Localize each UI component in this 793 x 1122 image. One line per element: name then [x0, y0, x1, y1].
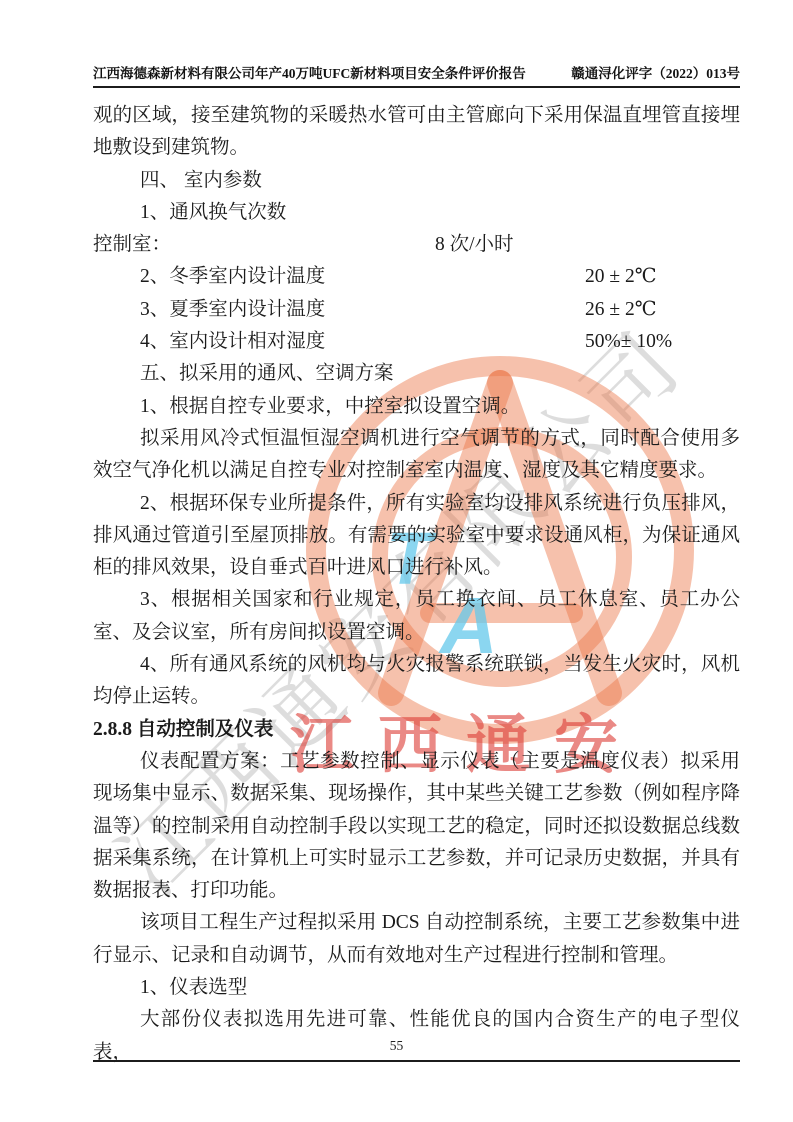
param-label: 3、夏季室内设计温度	[140, 299, 325, 320]
paragraph-5-4: 4、所有通风系统的风机均与火灾报警系统联锁，当发生火灾时，风机均停止运转。	[93, 649, 740, 714]
param-label: 控制室：	[93, 234, 171, 255]
param-label: 2、冬季室内设计温度	[140, 266, 325, 287]
param-value: 50%± 10%	[538, 326, 672, 358]
page-header: 江西海德森新材料有限公司年产40万吨UFC新材料项目安全条件评价报告 赣通浔化评…	[93, 62, 740, 88]
param-value: 26 ± 2℃	[538, 294, 657, 326]
document-page: 江西通安有限公司 T A 江西通安 江西海德森新材料有限公司年产40万吨UFC新…	[0, 0, 793, 1122]
param-label: 4、室内设计相对湿度	[140, 331, 325, 352]
param-row-winter-temp: 2、冬季室内设计温度 20 ± 2℃	[93, 261, 740, 293]
param-value: 8 次/小时	[435, 229, 514, 261]
page-number: 55	[0, 1038, 793, 1054]
param-row-summer-temp: 3、夏季室内设计温度 26 ± 2℃	[93, 294, 740, 326]
section-4-heading: 四、 室内参数	[93, 165, 740, 197]
section-288-heading: 2.8.8 自动控制及仪表	[93, 714, 740, 746]
section-5-heading: 五、拟采用的通风、空调方案	[93, 358, 740, 390]
paragraph-continued: 观的区域，接至建筑物的采暖热水管可由主管廊向下采用保温直埋管直接埋地敷设到建筑物…	[93, 100, 740, 165]
paragraph-288-2: 该项目工程生产过程拟采用 DCS 自动控制系统，主要工艺参数集中进行显示、记录和…	[93, 907, 740, 972]
param-row-control-room: 控制室： 8 次/小时	[93, 229, 740, 261]
item-instrument-selection: 1、仪表选型	[93, 972, 740, 1004]
paragraph-5-3: 3、根据相关国家和行业规定，员工换衣间、员工休息室、员工办公室、及会议室，所有房…	[93, 584, 740, 649]
param-row-humidity: 4、室内设计相对湿度 50%± 10%	[93, 326, 740, 358]
header-document-number: 赣通浔化评字（2022）013号	[571, 62, 740, 82]
paragraph-5-2: 2、根据环保专业所提条件，所有实验室均设排风系统进行负压排风，排风通过管道引至屋…	[93, 488, 740, 585]
document-body: 观的区域，接至建筑物的采暖热水管可由主管廊向下采用保温直埋管直接埋地敷设到建筑物…	[93, 100, 740, 1069]
paragraph-5-1b: 拟采用风冷式恒温恒湿空调机进行空气调节的方式，同时配合使用多效空气净化机以满足自…	[93, 423, 740, 488]
footer-divider	[93, 1060, 740, 1062]
header-report-title: 江西海德森新材料有限公司年产40万吨UFC新材料项目安全条件评价报告	[93, 62, 526, 82]
paragraph-5-1: 1、根据自控专业要求，中控室拟设置空调。	[93, 391, 740, 423]
item-ventilation-rate: 1、通风换气次数	[93, 197, 740, 229]
param-value: 20 ± 2℃	[538, 261, 657, 293]
paragraph-288-1: 仪表配置方案：工艺参数控制、显示仪表（主要是温度仪表）拟采用现场集中显示、数据采…	[93, 746, 740, 907]
